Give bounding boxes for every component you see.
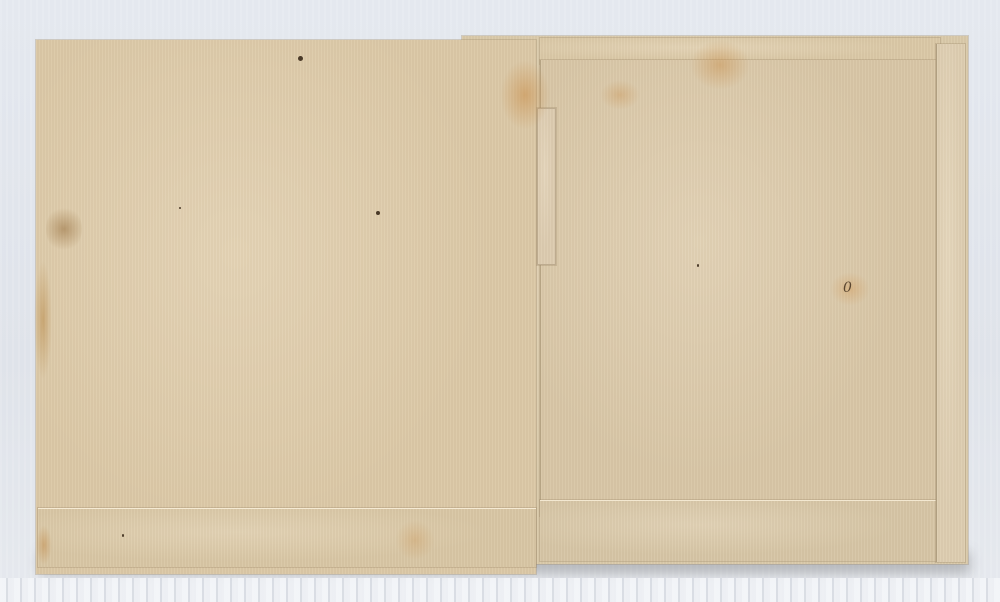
speck: [697, 264, 699, 267]
inner-panel-right: [540, 60, 938, 516]
pin-hole: [298, 56, 303, 61]
bottom-fold-band-right: [540, 500, 936, 561]
sleeve-bottom-edge: [0, 578, 1000, 602]
pin-hole: [376, 211, 380, 215]
right-edge-strip: [936, 44, 965, 562]
handwritten-mark: 0: [843, 280, 852, 296]
front-sheet-left: [36, 40, 536, 574]
bottom-fold-band-left: [38, 508, 536, 567]
center-seam-flap: [537, 108, 556, 265]
speck: [179, 207, 181, 209]
speck: [122, 534, 124, 537]
